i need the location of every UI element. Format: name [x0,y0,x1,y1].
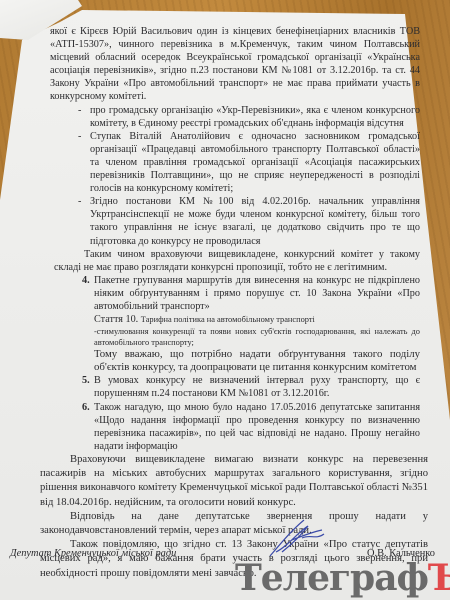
numbered-item-6: 6. Також нагадую, що мною було надано 17… [50,401,420,453]
telegraf-watermark-logo: ТелеграфЪ [235,560,450,596]
bullet-item: - про громадську організацію «Укр-Переві… [50,104,420,130]
item-text: Також нагадую, що мною було надано 17.05… [94,402,420,452]
item-text: В умовах конкурсу не визначений інтервал… [94,375,420,399]
bullet-text: Згідно постанови КМ №100 від 4.02.2016р.… [90,196,420,246]
paragraph-intro: якої є Кірєєв Юрій Васильович один із кі… [50,25,420,104]
logo-accent-letter: Ъ [428,557,450,599]
item-text: Пакетне групування маршрутів для винесен… [94,275,420,312]
item-number: 6. [82,401,90,414]
bullet-text: про громадську організацію «Укр-Перевізн… [90,105,420,129]
numbered-item-4: 4. Пакетне групування маршрутів для вине… [50,274,420,313]
bullet-dash: - [78,130,81,143]
bullet-text: Ступак Віталій Анатолійович є одночасно … [90,131,420,194]
paragraph-conclusion: Таким чином враховуючи вищевикладене, ко… [50,248,420,274]
item-number: 5. [82,374,90,387]
item-4-follow-up: Тому вважаю, що потрібно надати обґрунту… [50,348,420,374]
signer-position: Депутат Кременчуцької міської ради [10,548,176,559]
paragraph-response-request: Відповідь на дане депутатське звернення … [40,510,428,538]
bullet-item: - Ступак Віталій Анатолійович є одночасн… [50,130,420,195]
bullet-dash: - [78,195,81,208]
quote-article-number: Стаття 10. [94,314,138,325]
logo-text: Телеграф [235,557,428,599]
quote-title: Стаття 10. Тарифна політика на автомобіл… [50,313,420,326]
item-number: 4. [82,274,90,287]
numbered-item-5: 5. В умовах конкурсу не визначений інтер… [50,374,420,400]
handwritten-signature-icon [262,512,342,562]
document-body: якої є Кірєєв Юрій Васильович один із кі… [50,25,420,581]
quote-body: -стимулювання конкуренції та появи нових… [50,326,420,348]
bullet-item: - Згідно постанови КМ №100 від 4.02.2016… [50,195,420,247]
paragraph-demand: Враховуючи вищевикладене вимагаю визнати… [40,453,428,510]
bullet-dash: - [78,104,81,117]
quote-article-title: Тарифна політика на автомобільному транс… [141,315,315,324]
